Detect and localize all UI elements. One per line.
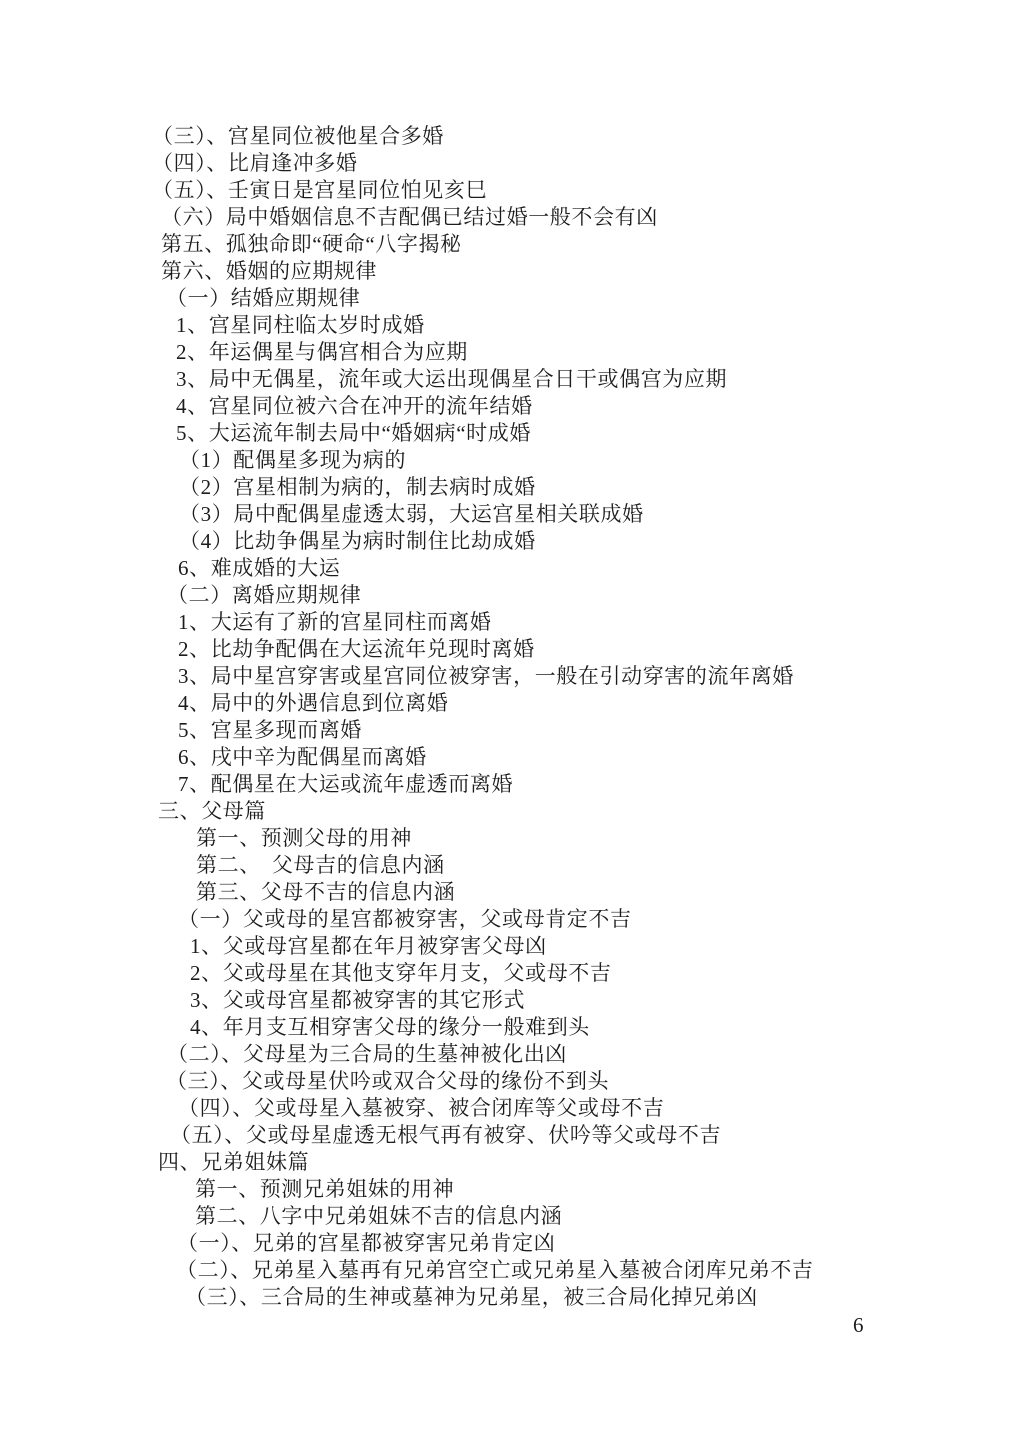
toc-line: 第一、预测父母的用神 bbox=[0, 825, 1018, 852]
toc-line: （三）、父或母星伏吟或双合父母的缘份不到头 bbox=[0, 1068, 1018, 1095]
toc-line: （四）、父或母星入墓被穿、被合闭库等父或母不吉 bbox=[0, 1095, 1018, 1122]
toc-line: 1、宫星同柱临太岁时成婚 bbox=[0, 312, 1018, 339]
toc-line: 5、大运流年制去局中“婚姻病“时成婚 bbox=[0, 420, 1018, 447]
toc-line: （三）、三合局的生神或墓神为兄弟星，被三合局化掉兄弟凶 bbox=[0, 1284, 1018, 1311]
toc-line: （六）局中婚姻信息不吉配偶已结过婚一般不会有凶 bbox=[0, 204, 1018, 231]
toc-line: （五）、父或母星虚透无根气再有被穿、伏吟等父或母不吉 bbox=[0, 1122, 1018, 1149]
toc-line: 第五、孤独命即“硬命“八字揭秘 bbox=[0, 231, 1018, 258]
document-page: （三）、宫星同位被他星合多婚（四）、比肩逢冲多婚（五）、壬寅日是宫星同位怕见亥巳… bbox=[0, 0, 1018, 1440]
toc-line: （一）父或母的星宫都被穿害，父或母肯定不吉 bbox=[0, 906, 1018, 933]
toc-line: 三、父母篇 bbox=[0, 798, 1018, 825]
toc-line: 6、难成婚的大运 bbox=[0, 555, 1018, 582]
toc-line: 4、局中的外遇信息到位离婚 bbox=[0, 690, 1018, 717]
toc-line: 7、配偶星在大运或流年虚透而离婚 bbox=[0, 771, 1018, 798]
toc-line: 2、父或母星在其他支穿年月支，父或母不吉 bbox=[0, 960, 1018, 987]
toc-line: 第二、八字中兄弟姐妹不吉的信息内涵 bbox=[0, 1203, 1018, 1230]
toc-line: （一）、兄弟的宫星都被穿害兄弟肯定凶 bbox=[0, 1230, 1018, 1257]
toc-line: （1）配偶星多现为病的 bbox=[0, 447, 1018, 474]
toc-line: 第六、婚姻的应期规律 bbox=[0, 258, 1018, 285]
toc-line: （二）、兄弟星入墓再有兄弟宫空亡或兄弟星入墓被合闭库兄弟不吉 bbox=[0, 1257, 1018, 1284]
toc-line: 2、年运偶星与偶宫相合为应期 bbox=[0, 339, 1018, 366]
toc-line: 2、比劫争配偶在大运流年兑现时离婚 bbox=[0, 636, 1018, 663]
toc-line: 第二、 父母吉的信息内涵 bbox=[0, 852, 1018, 879]
toc-outline: （三）、宫星同位被他星合多婚（四）、比肩逢冲多婚（五）、壬寅日是宫星同位怕见亥巳… bbox=[0, 123, 1018, 1311]
toc-line: 5、宫星多现而离婚 bbox=[0, 717, 1018, 744]
toc-line: （一）结婚应期规律 bbox=[0, 285, 1018, 312]
toc-line: 4、宫星同位被六合在冲开的流年结婚 bbox=[0, 393, 1018, 420]
toc-line: 3、父或母宫星都被穿害的其它形式 bbox=[0, 987, 1018, 1014]
toc-line: 3、局中星宫穿害或星宫同位被穿害，一般在引动穿害的流年离婚 bbox=[0, 663, 1018, 690]
toc-line: 1、大运有了新的宫星同柱而离婚 bbox=[0, 609, 1018, 636]
toc-line: 3、局中无偶星，流年或大运出现偶星合日干或偶宫为应期 bbox=[0, 366, 1018, 393]
toc-line: 第一、预测兄弟姐妹的用神 bbox=[0, 1176, 1018, 1203]
toc-line: 1、父或母宫星都在年月被穿害父母凶 bbox=[0, 933, 1018, 960]
toc-line: （3）局中配偶星虚透太弱，大运宫星相关联成婚 bbox=[0, 501, 1018, 528]
toc-line: （三）、宫星同位被他星合多婚 bbox=[0, 123, 1018, 150]
toc-line: （4）比劫争偶星为病时制住比劫成婚 bbox=[0, 528, 1018, 555]
toc-line: （二）、父母星为三合局的生墓神被化出凶 bbox=[0, 1041, 1018, 1068]
page-number: 6 bbox=[853, 1312, 864, 1339]
toc-line: （2）宫星相制为病的，制去病时成婚 bbox=[0, 474, 1018, 501]
toc-line: 4、年月支互相穿害父母的缘分一般难到头 bbox=[0, 1014, 1018, 1041]
toc-line: 第三、父母不吉的信息内涵 bbox=[0, 879, 1018, 906]
toc-line: （四）、比肩逢冲多婚 bbox=[0, 150, 1018, 177]
toc-line: 6、戌中辛为配偶星而离婚 bbox=[0, 744, 1018, 771]
toc-line: 四、兄弟姐妹篇 bbox=[0, 1149, 1018, 1176]
toc-line: （五）、壬寅日是宫星同位怕见亥巳 bbox=[0, 177, 1018, 204]
toc-line: （二）离婚应期规律 bbox=[0, 582, 1018, 609]
